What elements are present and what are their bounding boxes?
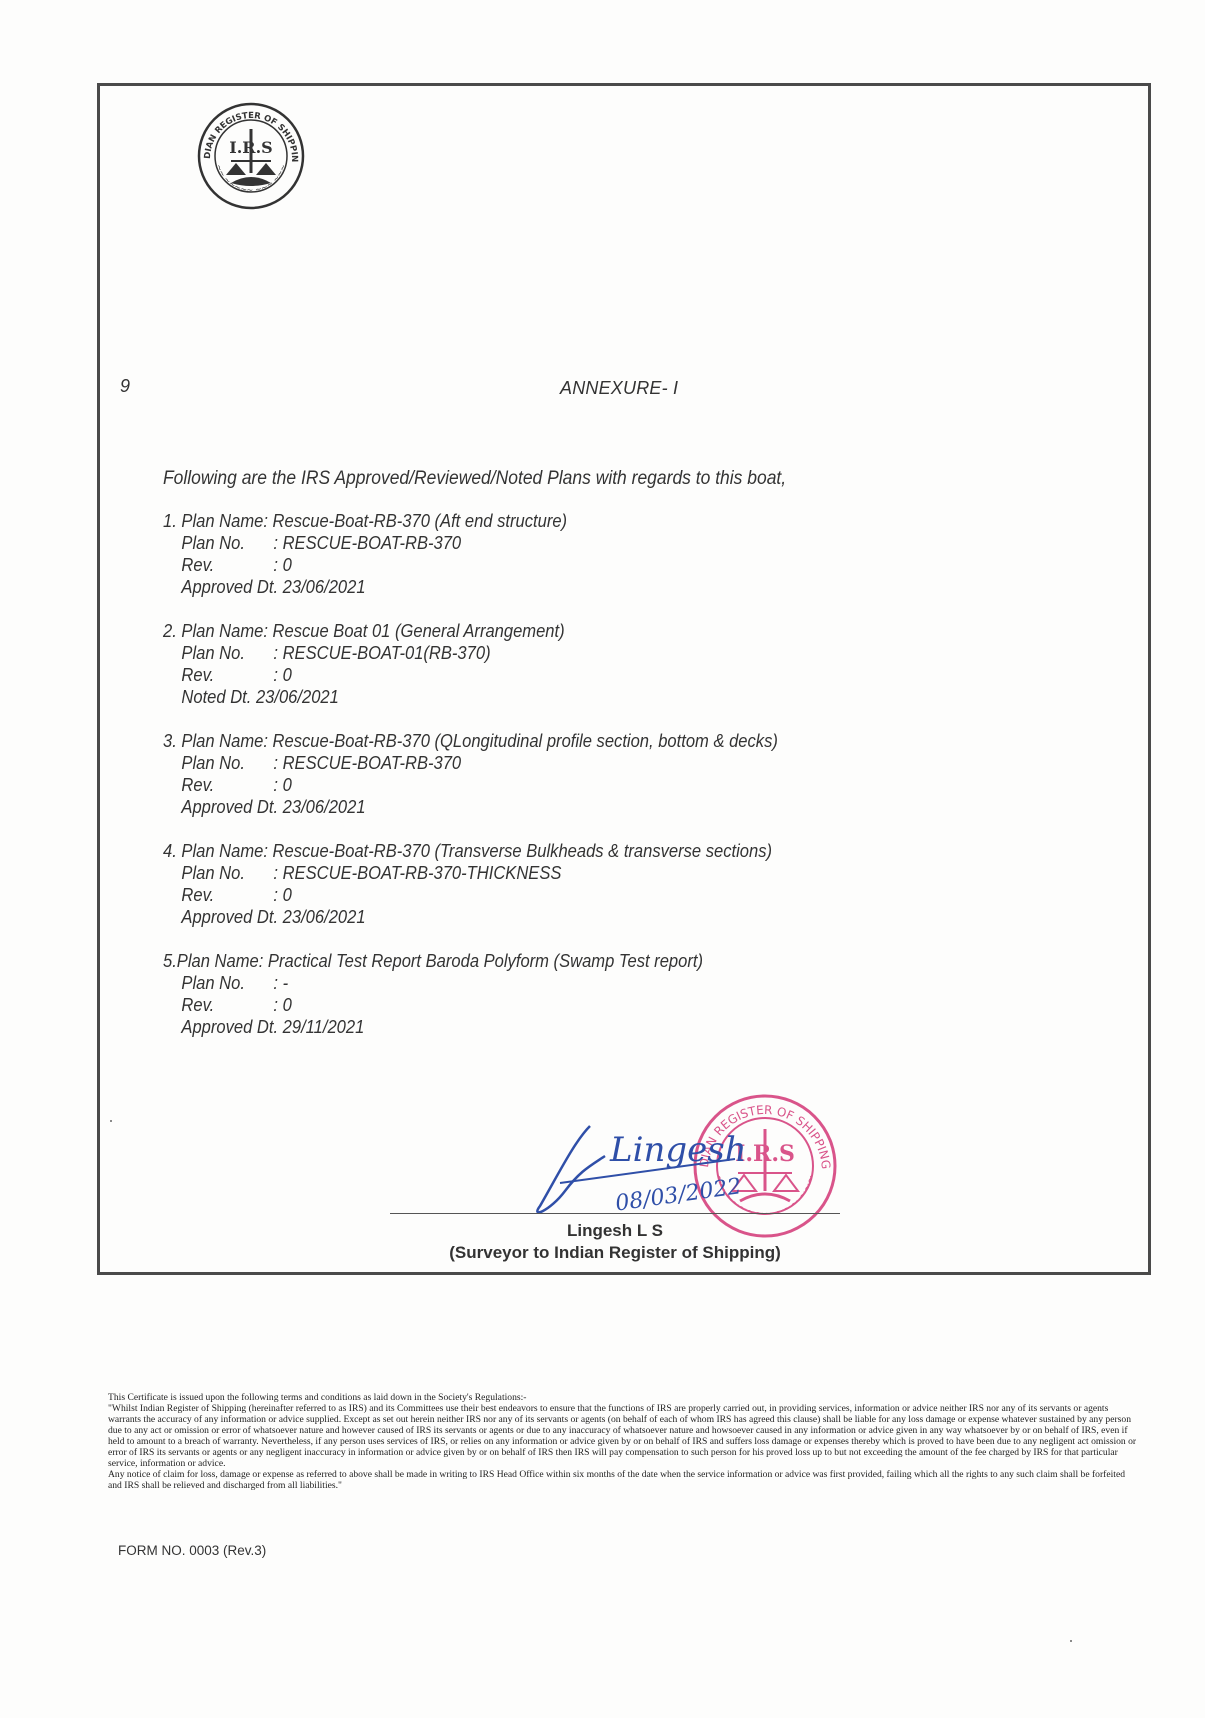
plan-heading: 1. Plan Name: Rescue-Boat-RB-370 (Aft en… bbox=[163, 510, 991, 532]
plan-number-label: Plan No. bbox=[181, 752, 273, 774]
plan-number-label: Plan No. bbox=[181, 972, 273, 994]
annexure-title: ANNEXURE- I bbox=[560, 378, 678, 399]
plan-number-row: Plan No.: RESCUE-BOAT-RB-370-THICKNESS bbox=[163, 862, 991, 884]
plan-heading: 4. Plan Name: Rescue-Boat-RB-370 (Transv… bbox=[163, 840, 991, 862]
plan-date: Approved Dt. 29/11/2021 bbox=[163, 1016, 991, 1038]
plan-revision-label: Rev. bbox=[181, 994, 273, 1016]
terms-paragraph-intro: This Certificate is issued upon the foll… bbox=[108, 1392, 1138, 1403]
plan-number-row: Plan No.: RESCUE-BOAT-RB-370 bbox=[163, 752, 991, 774]
plan-number-label: Plan No. bbox=[181, 862, 273, 884]
plan-revision-row: Rev.: 0 bbox=[163, 774, 991, 796]
plan-revision-value: : 0 bbox=[273, 555, 291, 575]
signature-name-text: Lingesh bbox=[609, 1130, 747, 1170]
plan-number-row: Plan No.: RESCUE-BOAT-RB-370 bbox=[163, 532, 991, 554]
plan-list: 1. Plan Name: Rescue-Boat-RB-370 (Aft en… bbox=[163, 510, 1063, 1060]
plan-revision-label: Rev. bbox=[181, 664, 273, 686]
plan-date: Noted Dt. 23/06/2021 bbox=[163, 686, 991, 708]
plan-revision-value: : 0 bbox=[273, 775, 291, 795]
plan-revision-label: Rev. bbox=[181, 774, 273, 796]
signer-title: (Surveyor to Indian Register of Shipping… bbox=[370, 1243, 860, 1263]
plan-item: 1. Plan Name: Rescue-Boat-RB-370 (Aft en… bbox=[163, 510, 991, 598]
plan-heading: 3. Plan Name: Rescue-Boat-RB-370 (QLongi… bbox=[163, 730, 991, 752]
plan-number-label: Plan No. bbox=[181, 532, 273, 554]
plan-heading: 2. Plan Name: Rescue Boat 01 (General Ar… bbox=[163, 620, 991, 642]
plan-revision-label: Rev. bbox=[181, 884, 273, 906]
plan-revision-value: : 0 bbox=[273, 885, 291, 905]
plan-revision-row: Rev.: 0 bbox=[163, 884, 991, 906]
certificate-frame: INDIAN REGISTER OF SHIPPING ~~~ ~~~~~ ~~… bbox=[97, 83, 1151, 1275]
form-number: FORM NO. 0003 (Rev.3) bbox=[118, 1543, 266, 1558]
plan-number-row: Plan No.: RESCUE-BOAT-01(RB-370) bbox=[163, 642, 991, 664]
plan-item: 2. Plan Name: Rescue Boat 01 (General Ar… bbox=[163, 620, 991, 708]
signature-block: INDIAN REGISTER OF SHIPPING • ~~~~ ~~~~~… bbox=[390, 1091, 850, 1271]
plan-heading: 5.Plan Name: Practical Test Report Barod… bbox=[163, 950, 991, 972]
signer-name: Lingesh L S bbox=[390, 1221, 840, 1241]
scan-speck bbox=[110, 1120, 112, 1122]
plan-number-label: Plan No. bbox=[181, 642, 273, 664]
plan-item: 5.Plan Name: Practical Test Report Barod… bbox=[163, 950, 991, 1038]
plan-number-value: : RESCUE-BOAT-RB-370 bbox=[273, 753, 461, 773]
plan-revision-value: : 0 bbox=[273, 995, 291, 1015]
plan-revision-row: Rev.: 0 bbox=[163, 994, 991, 1016]
terms-paragraph-claims: Any notice of claim for loss, damage or … bbox=[108, 1469, 1138, 1491]
plan-revision-label: Rev. bbox=[181, 554, 273, 576]
plan-number-value: : RESCUE-BOAT-RB-370-THICKNESS bbox=[273, 863, 561, 883]
handwritten-signature-icon: Lingesh 08/03/2022 bbox=[520, 1111, 750, 1221]
intro-text: Following are the IRS Approved/Reviewed/… bbox=[163, 468, 786, 490]
scan-speck bbox=[1070, 1640, 1072, 1642]
plan-date: Approved Dt. 23/06/2021 bbox=[163, 576, 991, 598]
signature-date-text: 08/03/2022 bbox=[614, 1174, 743, 1216]
terms-and-conditions: This Certificate is issued upon the foll… bbox=[108, 1392, 1138, 1491]
signature-line bbox=[390, 1213, 840, 1214]
page-number: 9 bbox=[120, 376, 130, 397]
terms-paragraph-liability: "Whilst Indian Register of Shipping (her… bbox=[108, 1403, 1138, 1469]
plan-date: Approved Dt. 23/06/2021 bbox=[163, 796, 991, 818]
plan-number-value: : RESCUE-BOAT-RB-370 bbox=[273, 533, 461, 553]
plan-number-value: : - bbox=[273, 973, 288, 993]
plan-item: 3. Plan Name: Rescue-Boat-RB-370 (QLongi… bbox=[163, 730, 991, 818]
plan-date: Approved Dt. 23/06/2021 bbox=[163, 906, 991, 928]
plan-revision-value: : 0 bbox=[273, 665, 291, 685]
plan-revision-row: Rev.: 0 bbox=[163, 554, 991, 576]
plan-item: 4. Plan Name: Rescue-Boat-RB-370 (Transv… bbox=[163, 840, 991, 928]
plan-number-row: Plan No.: - bbox=[163, 972, 991, 994]
plan-revision-row: Rev.: 0 bbox=[163, 664, 991, 686]
plan-number-value: : RESCUE-BOAT-01(RB-370) bbox=[273, 643, 490, 663]
irs-logo-icon: INDIAN REGISTER OF SHIPPING ~~~ ~~~~~ ~~… bbox=[196, 101, 306, 211]
